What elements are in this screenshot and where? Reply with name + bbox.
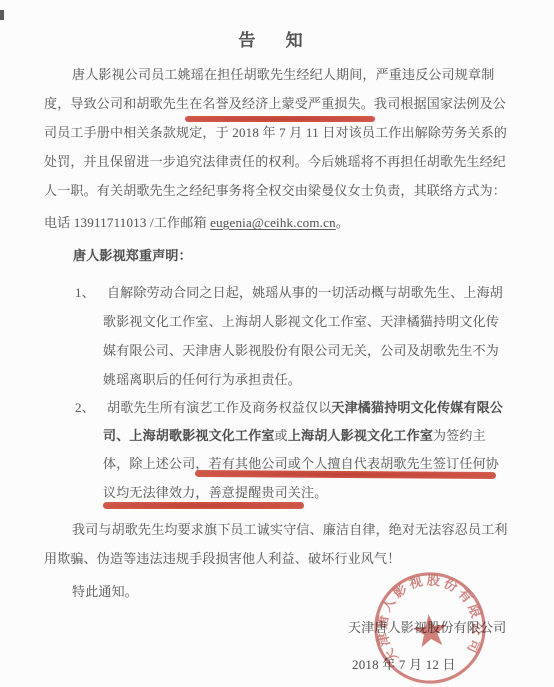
intro-line-6: 电话 13911711013 /工作邮箱 eugenia@ceihk.com.c… [44,216,349,229]
company-seal: 天津唐人影视股份有限公司 [365,563,495,687]
red-underline-2 [195,470,496,479]
item2-line2-bold-studio2: 上海胡人影视文化工作室 [288,428,433,443]
item1-line-4: 姚瑶离职后的任何行为承担责任。 [103,373,301,386]
intro-line-5: 人一职。有关胡歌先生之经纪事务将全权交由梁曼仪女士负责，其联络方式为： [44,184,506,197]
item2-line2-tail: 为签约主 [433,428,486,443]
document-title: 告 知 [0,26,554,51]
item1-line-2: 歌影视文化工作室、上海胡人影视文化工作室、天津橘猫持明文化传 [103,315,499,328]
closing-line-1: 我司与胡歌先生均要求旗下员工诚实守信、廉洁自律，绝对无法容忍员工利 [72,523,508,536]
intro-line-4: 处罚，并且保留进一步追究法律责任的权利。今后姚瑶将不再担任胡歌先生经纪 [44,155,506,168]
item2-line2-bold-studio1: 司、上海胡歌影视文化工作室 [103,428,275,443]
intro-line-3: 司员工手册中相关条款规定，于 2018 年 7 月 11 日对该员工作出解除劳务… [44,126,507,139]
contact-email: eugenia@ceihk.com.cn [210,215,336,230]
item2-line2-or: 或 [275,428,288,443]
scan-artifact-mark [0,10,4,20]
contact-phone-text: 电话 13911711013 /工作邮箱 [44,215,210,230]
contact-line-period: 。 [336,215,349,230]
item2-line1-bold-company: 天津橘猫持明文化传媒有限公 [331,400,503,415]
closing-notice: 特此通知。 [72,585,138,598]
item2-line-3: 体，除上述公司，若有其他公司或个人擅自代表胡歌先生签订任何协 [103,457,499,470]
seal-star-icon [412,613,449,648]
item2-line-1: 胡歌先生所有演艺工作及商务权益仅以天津橘猫持明文化传媒有限公 [107,401,503,414]
item1-line-3: 媒有限公司、天津唐人影视股份有限公司无关，公司及胡歌先生不为 [103,344,499,357]
item2-marker: 2、 [75,401,95,414]
item2-line-4: 议均无法律效力，善意提醒贵司关注。 [103,486,327,499]
item1-marker: 1、 [75,286,95,299]
intro-line-2: 度，导致公司和胡歌先生在名誉及经济上蒙受严重损失。我司根据国家法例及公 [44,97,506,110]
scanned-notice-page: 告 知 唐人影视公司员工姚瑶在担任胡歌先生经纪人期间，严重违反公司规章制 度，导… [0,0,554,687]
red-underline-1 [185,116,375,122]
closing-line-2: 用欺骗、伪造等违法违规手段损害他人利益、破坏行业风气！ [44,552,400,565]
item2-line-2: 司、上海胡歌影视文化工作室或上海胡人影视文化工作室为签约主 [103,429,486,442]
declaration-heading: 唐人影视郑重声明： [73,249,192,262]
item2-line1-normal: 胡歌先生所有演艺工作及商务权益仅以 [107,400,331,415]
intro-line-1: 唐人影视公司员工姚瑶在担任胡歌先生经纪人期间，严重违反公司规章制 [72,68,494,81]
item1-line-1: 自解除劳动合同之日起，姚瑶从事的一切活动概与胡歌先生、上海胡 [107,286,503,299]
red-underline-3 [103,502,304,509]
